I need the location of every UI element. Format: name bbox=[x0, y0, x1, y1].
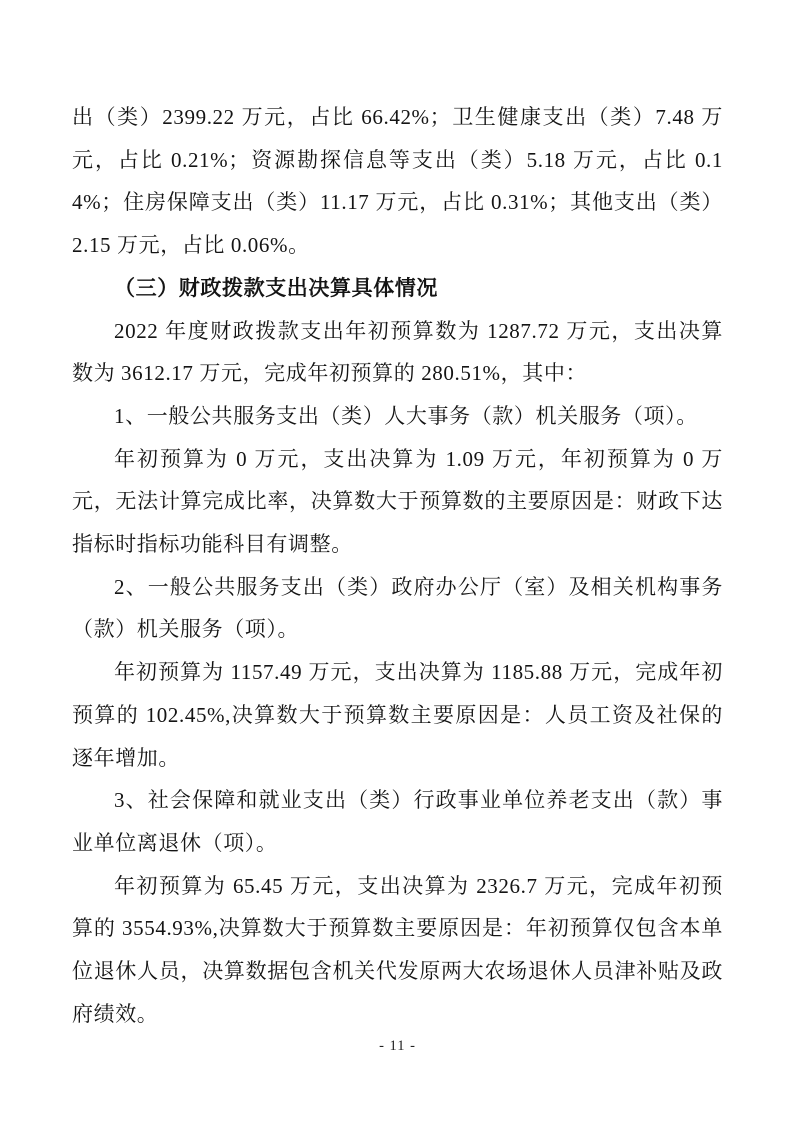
para-item-3-budget-detail: 年初预算为 65.45 万元，支出决算为 2326.7 万元，完成年初预算的 3… bbox=[72, 865, 723, 1036]
para-expenditure-breakdown-continued: 出（类）2399.22 万元，占比 66.42%；卫生健康支出（类）7.48 万… bbox=[72, 96, 723, 267]
item-title-1-general-public-services-npc: 1、一般公共服务支出（类）人大事务（款）机关服务（项）。 bbox=[72, 395, 723, 438]
para-2022-budget-summary: 2022 年度财政拨款支出年初预算数为 1287.72 万元，支出决算数为 36… bbox=[72, 310, 723, 395]
item-title-3-social-security-employment: 3、社会保障和就业支出（类）行政事业单位养老支出（款）事业单位离退休（项）。 bbox=[72, 779, 723, 864]
para-item-1-budget-detail: 年初预算为 0 万元，支出决算为 1.09 万元，年初预算为 0 万元，无法计算… bbox=[72, 438, 723, 566]
page-number: - 11 - bbox=[72, 1036, 723, 1056]
heading-section-three-fiscal-expenditure-details: （三）财政拨款支出决算具体情况 bbox=[72, 267, 723, 310]
para-item-2-budget-detail: 年初预算为 1157.49 万元，支出决算为 1185.88 万元，完成年初预算… bbox=[72, 651, 723, 779]
item-title-2-general-public-services-gov-office: 2、一般公共服务支出（类）政府办公厅（室）及相关机构事务（款）机关服务（项）。 bbox=[72, 566, 723, 651]
document-body: 出（类）2399.22 万元，占比 66.42%；卫生健康支出（类）7.48 万… bbox=[72, 96, 723, 1035]
document-page: 出（类）2399.22 万元，占比 66.42%；卫生健康支出（类）7.48 万… bbox=[0, 0, 793, 1122]
